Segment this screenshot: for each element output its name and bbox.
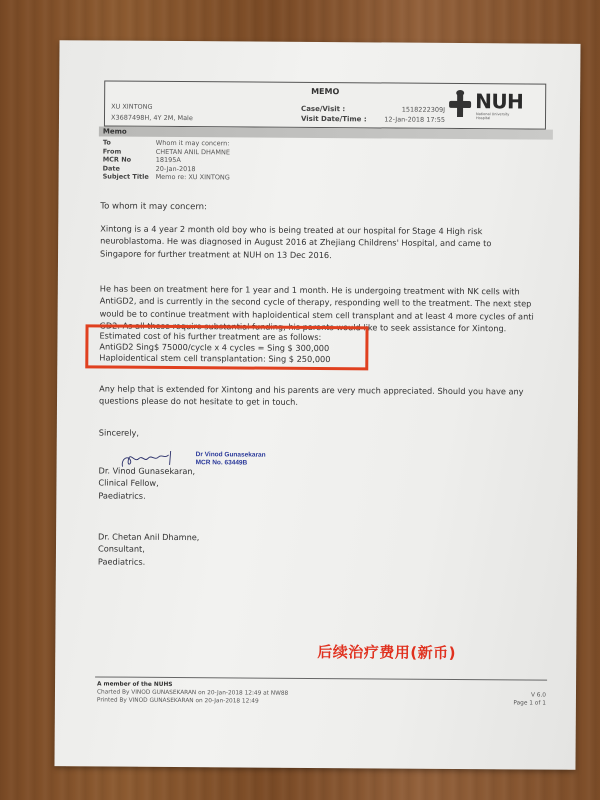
document-header: MEMO XU XINTONG X3687498H, 4Y 2M, Male C… [104,81,546,130]
memo-fields: To Whom it may concern: From CHETAN ANIL… [103,138,231,181]
cost-transplant: Haploidentical stem cell transplantation… [99,352,330,364]
memo-section-bar: Memo [99,126,553,139]
case-visit-label: Case/Visit : [301,105,345,113]
paragraph-diagnosis: Xintong is a 4 year 2 month old boy who … [100,222,535,262]
closing: Sincerely, [99,426,534,441]
document-footer: A member of the NUHS Charted By VINOD GU… [97,680,547,707]
version: V 6.0 [513,691,546,699]
memo-field-subject: Subject Title Memo re: XU XINTONG [103,172,230,181]
doctor-stamp: Dr Vinod Gunasekaran MCR No. 63449B [196,451,266,467]
cost-estimate: Estimated cost of his further treatment … [99,330,330,364]
nuh-logo: NUH National University Hospital [449,87,539,124]
signatory-chetan: Dr. Chetan Anil Dhamne, Consultant, Paed… [98,530,200,568]
case-visit-value: 1518222309J [402,106,445,114]
visit-datetime-value: 12-Jan-2018 17:55 [384,115,445,123]
paragraph-appeal: Any help that is extended for Xintong an… [99,382,534,410]
memo-document: MEMO XU XINTONG X3687498H, 4Y 2M, Male C… [54,40,580,770]
signatory-vinod: Dr. Vinod Gunasekaran, Clinical Fellow, … [98,464,195,502]
logo-text: NUH [475,89,523,113]
visit-datetime-label: Visit Date/Time : [301,115,367,123]
page-number: Page 1 of 1 [513,699,546,707]
nuh-cross-icon [449,93,471,117]
patient-id: X3687498H, 4Y 2M, Male [111,114,193,123]
salutation: To whom it may concern: [100,200,535,215]
chinese-caption: 后续治疗费用(新币) [317,641,456,663]
patient-name: XU XINTONG [111,103,153,111]
logo-subtitle: National University Hospital [476,112,516,120]
footer-page-info: V 6.0 Page 1 of 1 [513,691,546,707]
